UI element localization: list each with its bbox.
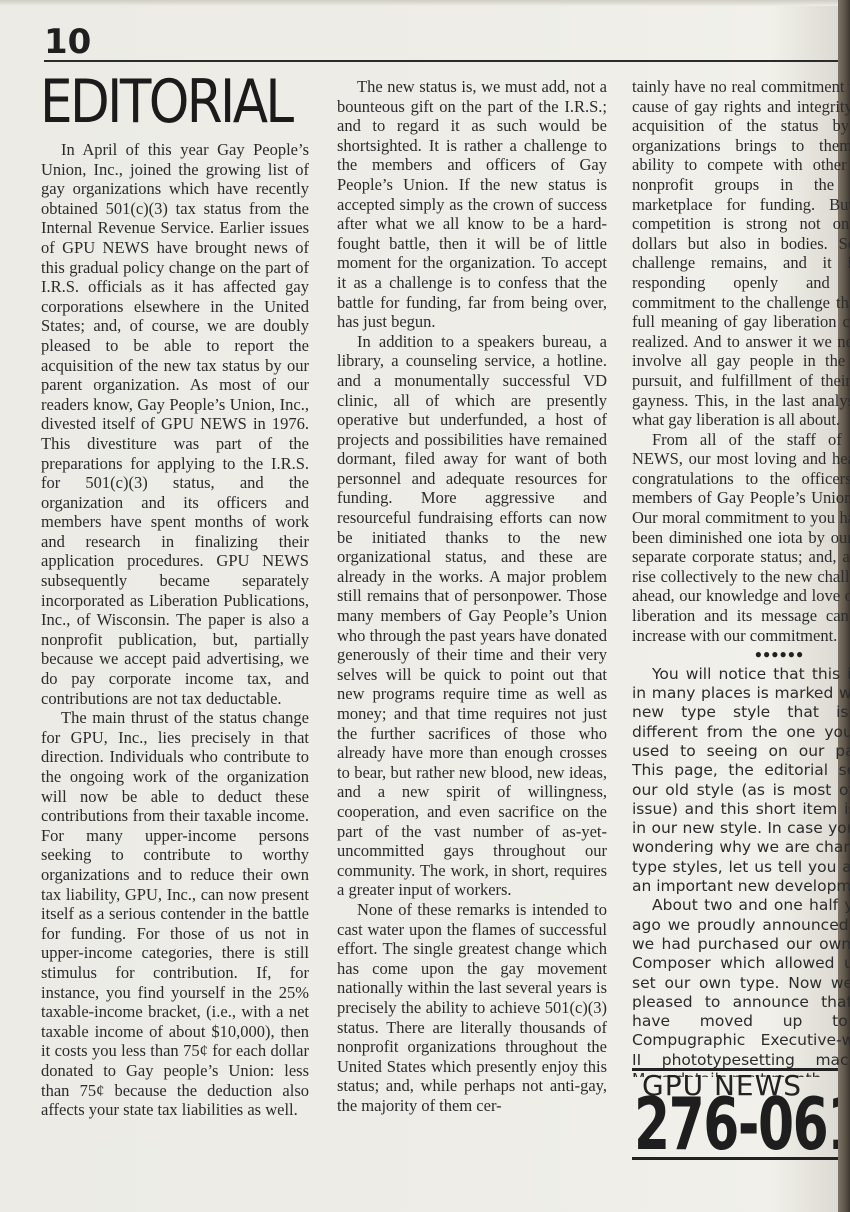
page-number: 10 (44, 22, 91, 62)
column-3: tainly have no real commitment to the ca… (632, 77, 850, 1077)
column-1: In April of this year Gay People’s Union… (41, 140, 309, 1120)
announcement-paragraph: You will notice that this issue in many … (632, 665, 850, 897)
header-rule (44, 60, 838, 62)
gpu-news-phone-ad: GPU NEWS 276-0619 (632, 1068, 838, 1160)
paragraph: None of these remarks is intended to cas… (337, 900, 607, 1116)
paragraph: The new status is, we must add, not a bo… (337, 77, 607, 332)
paragraph: In April of this year Gay People’s Union… (41, 140, 309, 708)
paragraph: tainly have no real commitment to the ca… (632, 77, 850, 430)
column-2: The new status is, we must add, not a bo… (337, 77, 607, 1115)
ad-phone-number: 276-0619 (634, 1088, 838, 1160)
announcement-paragraph: About two and one half years ago we prou… (632, 896, 850, 1077)
section-separator: ●●●●●● (632, 645, 850, 665)
page-top-edge (0, 0, 838, 6)
paragraph: The main thrust of the status change for… (41, 708, 309, 1119)
editorial-masthead: EDITORIAL (40, 72, 292, 132)
paragraph: From all of the staff of GPU NEWS, our m… (632, 430, 850, 646)
ad-bottom-rule (632, 1157, 838, 1160)
paragraph: In addition to a speakers bureau, a libr… (337, 332, 607, 900)
